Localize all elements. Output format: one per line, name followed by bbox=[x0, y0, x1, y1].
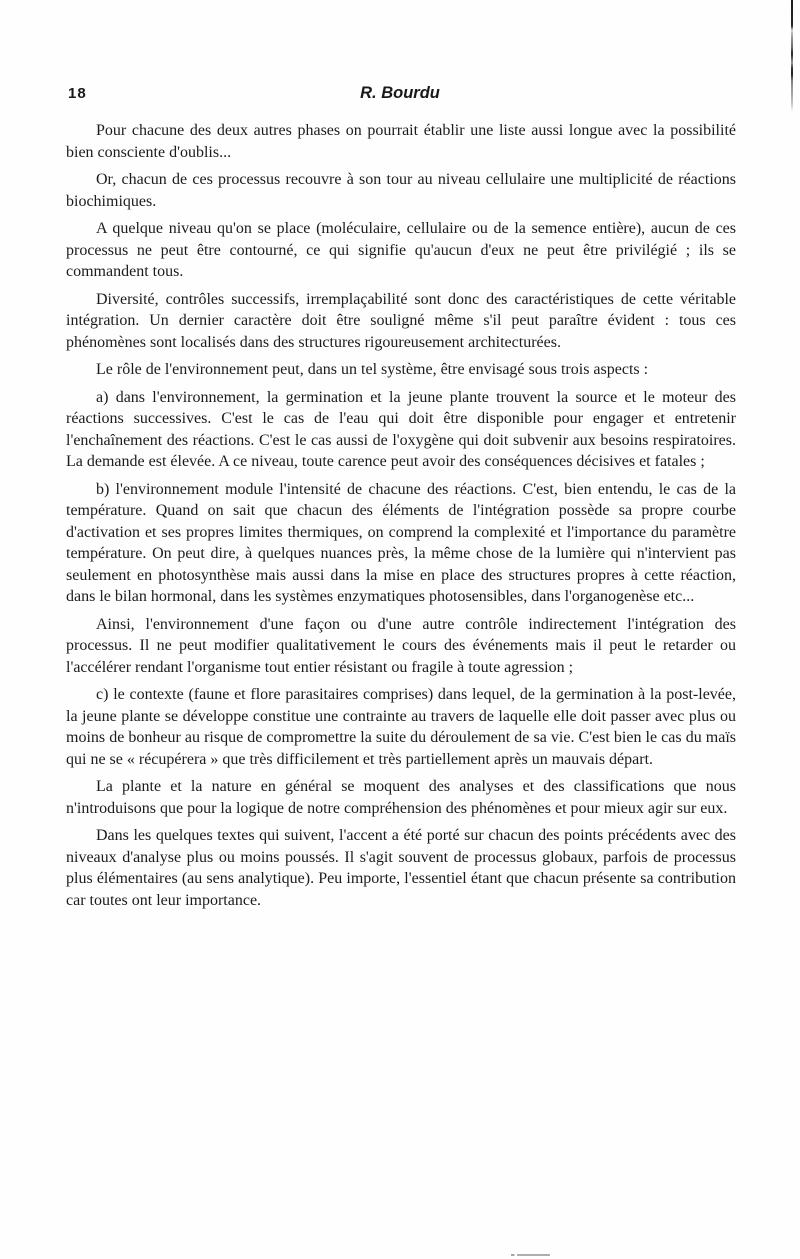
paragraph: Dans les quelques textes qui suivent, l'… bbox=[66, 825, 736, 911]
page-body: Pour chacune des deux autres phases on p… bbox=[66, 120, 736, 917]
paragraph: a) dans l'environnement, la germination … bbox=[66, 387, 736, 473]
paragraph: Or, chacun de ces processus recouvre à s… bbox=[66, 169, 736, 212]
paragraph: Diversité, contrôles successifs, irrempl… bbox=[66, 289, 736, 354]
paragraph: A quelque niveau qu'on se place (molécul… bbox=[66, 218, 736, 283]
paragraph: Ainsi, l'environnement d'une façon ou d'… bbox=[66, 614, 736, 679]
running-title: R. Bourdu bbox=[66, 84, 734, 103]
paragraph: c) le contexte (faune et flore parasitai… bbox=[66, 684, 736, 770]
paragraph: Le rôle de l'environnement peut, dans un… bbox=[66, 359, 736, 381]
scan-artifact-bottom-dash bbox=[511, 1254, 550, 1256]
paragraph: b) l'environnement module l'intensité de… bbox=[66, 479, 736, 608]
page-header: 18 R. Bourdu bbox=[66, 84, 734, 104]
scan-artifact-vertical-line bbox=[791, 0, 793, 112]
paragraph: La plante et la nature en général se moq… bbox=[66, 776, 736, 819]
document-page: 18 R. Bourdu Pour chacune des deux autre… bbox=[0, 0, 800, 1259]
paragraph: Pour chacune des deux autres phases on p… bbox=[66, 120, 736, 163]
